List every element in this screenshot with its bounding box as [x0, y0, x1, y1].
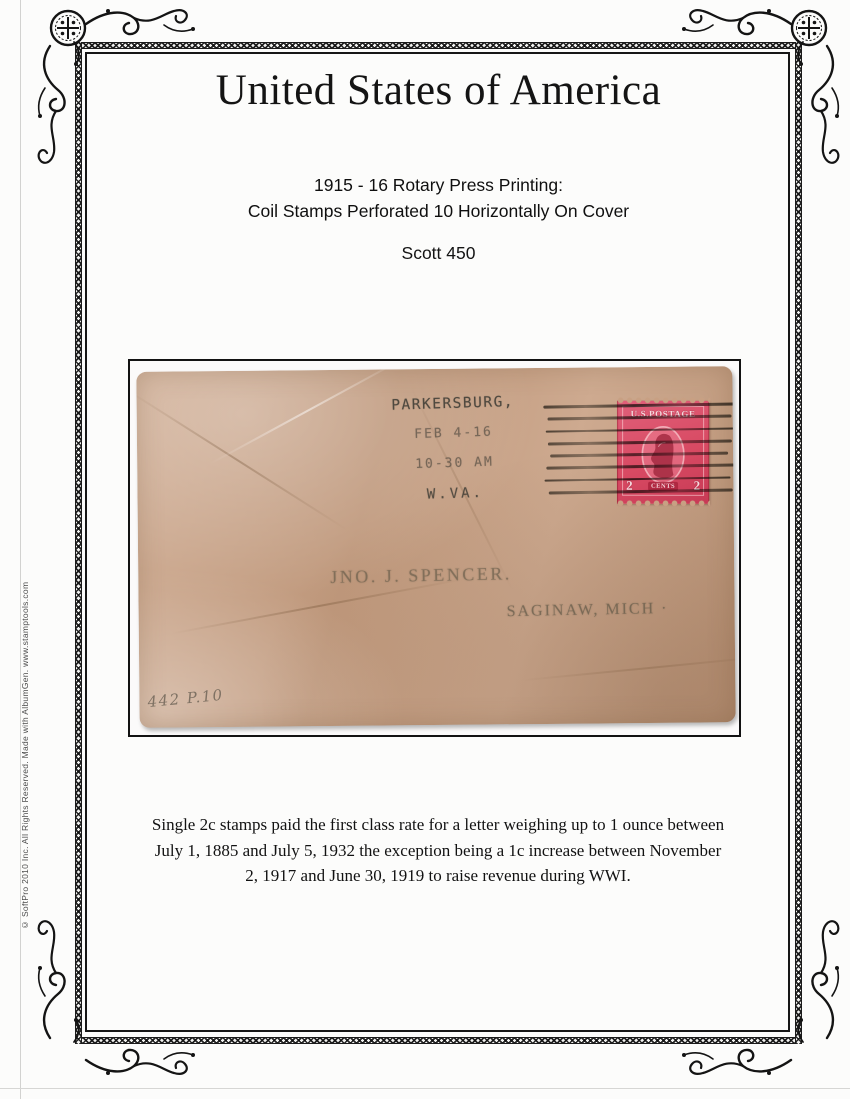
- cover-frame: PARKERSBURG, FEB 4-16 10-30 AM W.VA. U.S…: [128, 359, 741, 737]
- envelope-crease: [136, 389, 347, 530]
- postmark-state: W.VA.: [355, 476, 556, 512]
- corner-ornament-bottom-left: [16, 886, 216, 1086]
- caption: Single 2c stamps paid the first class ra…: [123, 812, 753, 889]
- subtitle-line-2: Coil Stamps Perforated 10 Horizontally O…: [85, 198, 792, 224]
- postmark: PARKERSBURG, FEB 4-16 10-30 AM W.VA.: [352, 386, 556, 512]
- address-city: SAGINAW, MICH ·: [506, 600, 668, 621]
- address-name: JNO. J. SPENCER.: [330, 563, 512, 588]
- subtitle-line-1: 1915 - 16 Rotary Press Printing:: [85, 172, 792, 198]
- killer-bar: [547, 415, 731, 421]
- caption-line-1: Single 2c stamps paid the first class ra…: [123, 812, 753, 838]
- pencil-notation: 442 P.10: [147, 686, 225, 711]
- page-title: United States of America: [85, 66, 792, 115]
- killer-bar: [546, 464, 734, 470]
- killer-bar: [546, 427, 734, 433]
- corner-ornament-bottom-right: [661, 886, 850, 1086]
- killer-bar: [549, 488, 733, 494]
- catalog-number: Scott 450: [85, 243, 792, 264]
- page-subtitle: 1915 - 16 Rotary Press Printing: Coil St…: [85, 172, 792, 224]
- killer-bar: [545, 476, 731, 482]
- killer-bar: [543, 402, 735, 408]
- killer-bars: [543, 402, 735, 505]
- album-page: United States of America 1915 - 16 Rotar…: [0, 0, 850, 1099]
- envelope: PARKERSBURG, FEB 4-16 10-30 AM W.VA. U.S…: [136, 366, 735, 728]
- killer-bar: [548, 439, 732, 445]
- caption-line-3: 2, 1917 and June 30, 1919 to raise reven…: [123, 863, 753, 889]
- killer-bar: [550, 452, 729, 458]
- scan-edge-line: [0, 1088, 850, 1089]
- caption-line-2: July 1, 1885 and July 5, 1932 the except…: [123, 838, 753, 864]
- copyright-text: © SoftPro 2010 Inc. All Rights Reserved.…: [20, 560, 36, 930]
- envelope-crease: [520, 654, 736, 681]
